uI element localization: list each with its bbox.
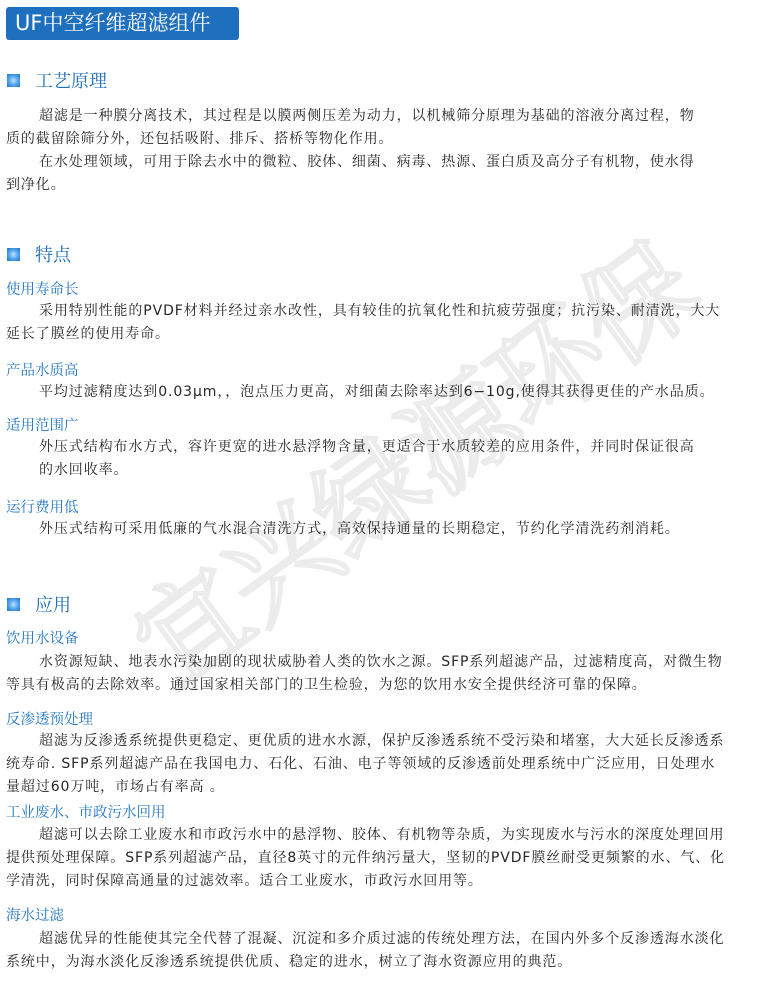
section-heading-applications: 应用 [6,592,71,616]
application-title-ro-pretreatment: 反渗透预处理 [6,708,93,729]
feature-paragraph-cost: 外压式结构可采用低廉的气水混合清洗方式，高效保持通量的长期稳定，节约化学清洗药剂… [6,518,766,541]
application-paragraph-ro-pretreatment: 超滤为反渗透系统提供更稳定、更优质的进水水源，保护反渗透系统不受污染和堵塞，大大… [6,730,766,799]
feature-title-range: 适用范围广 [6,414,79,435]
text-line: 超滤是一种膜分离技术，其过程是以膜两侧压差为动力，以机械筛分原理为基础的溶液分离… [6,105,766,128]
application-title-drinking: 饮用水设备 [6,627,79,648]
application-paragraph-drinking: 水资源短缺、地表水污染加剧的现状威胁着人类的饮水之源。SFP系列超滤产品，过滤精… [6,651,766,697]
text-line: 外压式结构布水方式，容许更宽的进水悬浮物含量，更适合于水质较差的应用条件，并同时… [6,436,766,459]
text-line: 在水处理领域，可用于除去水中的微粒、胶体、细菌、病毒、热源、蛋白质及高分子有机物… [6,151,766,174]
text-line: 超滤优异的性能使其完全代替了混凝、沉淀和多介质过滤的传统处理方法，在国内外多个反… [6,928,766,951]
feature-title-lifespan: 使用寿命长 [6,278,79,299]
feature-paragraph-range: 外压式结构布水方式，容许更宽的进水悬浮物含量，更适合于水质较差的应用条件，并同时… [6,436,766,482]
feature-paragraph-lifespan: 采用特别性能的PVDF材料并经过亲水改性，具有较佳的抗氧化性和抗疲劳强度；抗污染… [6,300,766,346]
text-line: 的水回收率。 [6,459,766,482]
feature-title-water-quality: 产品水质高 [6,359,79,380]
section-heading-features: 特点 [6,242,71,266]
text-line: 平均过滤精度达到0.03μm，，泡点压力更高，对细菌去除率达到6−10g,使得其… [6,381,766,404]
feature-paragraph-water-quality: 平均过滤精度达到0.03μm，，泡点压力更高，对细菌去除率达到6−10g,使得其… [6,381,766,404]
application-title-seawater: 海水过滤 [6,904,64,925]
application-title-wastewater: 工业废水、市政污水回用 [6,801,166,822]
text-line: 等具有极高的去除效率。通过国家相关部门的卫生检验，为您的饮用水安全提供经济可靠的… [6,674,766,697]
text-line: 超滤可以去除工业废水和市政污水中的悬浮物、胶体、有机物等杂质，为实现废水与污水的… [6,824,766,847]
text-line: 到净化。 [6,174,766,197]
page-title: UF中空纤维超滤组件 [6,7,239,40]
section-heading-principle: 工艺原理 [6,68,107,92]
section-heading-label: 应用 [35,591,71,617]
text-line: 外压式结构可采用低廉的气水混合清洗方式，高效保持通量的长期稳定，节约化学清洗药剂… [6,518,766,541]
text-line: 质的截留除筛分外，还包括吸附、排斥、搭桥等物化作用。 [6,128,766,151]
text-line: 延长了膜丝的使用寿命。 [6,323,766,346]
text-line: 采用特别性能的PVDF材料并经过亲水改性，具有较佳的抗氧化性和抗疲劳强度；抗污染… [6,300,766,323]
feature-title-cost: 运行费用低 [6,496,79,517]
text-line: 学清洗，同时保障高通量的过滤效率。适合工业废水，市政污水回用等。 [6,870,766,893]
text-line: 水资源短缺、地表水污染加剧的现状威胁着人类的饮水之源。SFP系列超滤产品，过滤精… [6,651,766,674]
text-line: 超滤为反渗透系统提供更稳定、更优质的进水水源，保护反渗透系统不受污染和堵塞，大大… [6,730,766,753]
section-heading-label: 工艺原理 [35,67,107,93]
square-bullet-icon [7,248,20,261]
text-line: 统寿命. SFP系列超滤产品在我国电力、石化、石油、电子等领域的反渗透前处理系统… [6,753,766,776]
text-line: 提供预处理保障。SFP系列超滤产品，直径8英寸的元件纳污量大，坚韧的PVDF膜丝… [6,847,766,870]
principle-paragraph: 超滤是一种膜分离技术，其过程是以膜两侧压差为动力，以机械筛分原理为基础的溶液分离… [6,105,766,197]
application-paragraph-wastewater: 超滤可以去除工业废水和市政污水中的悬浮物、胶体、有机物等杂质，为实现废水与污水的… [6,824,766,893]
text-line: 量超过60万吨，市场占有率高 。 [6,776,766,799]
square-bullet-icon [7,598,20,611]
square-bullet-icon [7,74,20,87]
section-heading-label: 特点 [35,241,71,267]
text-line: 系统中，为海水淡化反渗透系统提供优质、稳定的进水，树立了海水资源应用的典范。 [6,951,766,974]
application-paragraph-seawater: 超滤优异的性能使其完全代替了混凝、沉淀和多介质过滤的传统处理方法，在国内外多个反… [6,928,766,974]
